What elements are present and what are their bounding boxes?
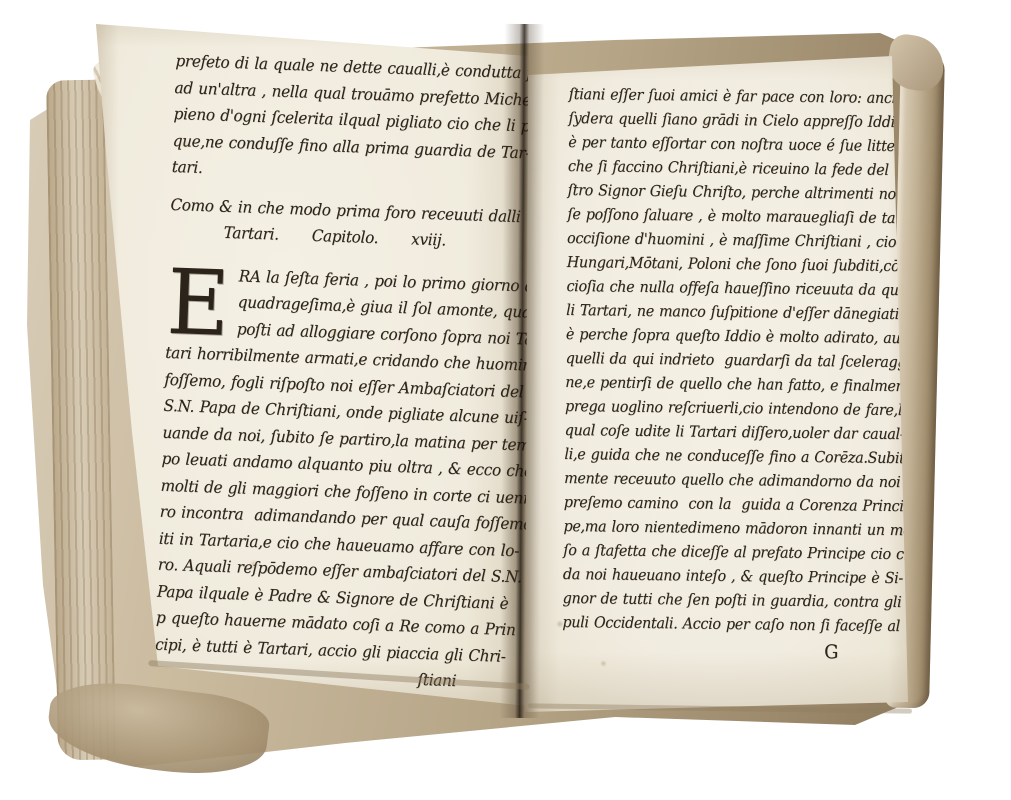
foxing-spot	[330, 330, 339, 337]
chapter-heading: Como & in che modo prima foro receuuti d…	[169, 191, 501, 256]
right-page: ſtiani eſſer ſuoi amici è far pace con l…	[520, 40, 920, 720]
left-page-body: E RA la ſeſta feria , poi lo primo giorn…	[154, 260, 499, 695]
right-page-text: ſtiani eſſer ſuoi amici è far pace con l…	[562, 82, 900, 665]
foxing-spot	[600, 660, 607, 667]
foxing-spot	[700, 120, 710, 127]
right-page-body-lines: ſtiani eſſer ſuoi amici è far pace con l…	[562, 82, 900, 638]
foxing-spot	[556, 620, 564, 628]
drop-cap-initial: E	[166, 265, 231, 341]
page-block-fore-edge-left	[46, 80, 116, 761]
left-page: prefeto di la quale ne dette caualli,è c…	[88, 12, 528, 718]
foxing-spot	[248, 560, 260, 569]
left-page-paragraph: prefeto di la quale ne dette caualli,è c…	[171, 48, 506, 192]
gutter-shadow	[500, 24, 545, 718]
left-page-text: prefeto di la quale ne dette caualli,è c…	[154, 48, 507, 696]
signature-mark: G	[562, 637, 893, 665]
text-line: puli Occidentali. Accio per caſo non ſi …	[562, 610, 893, 638]
foxing-spot	[180, 140, 190, 148]
book: prefeto di la quale ne dette caualli,è c…	[0, 0, 1011, 800]
